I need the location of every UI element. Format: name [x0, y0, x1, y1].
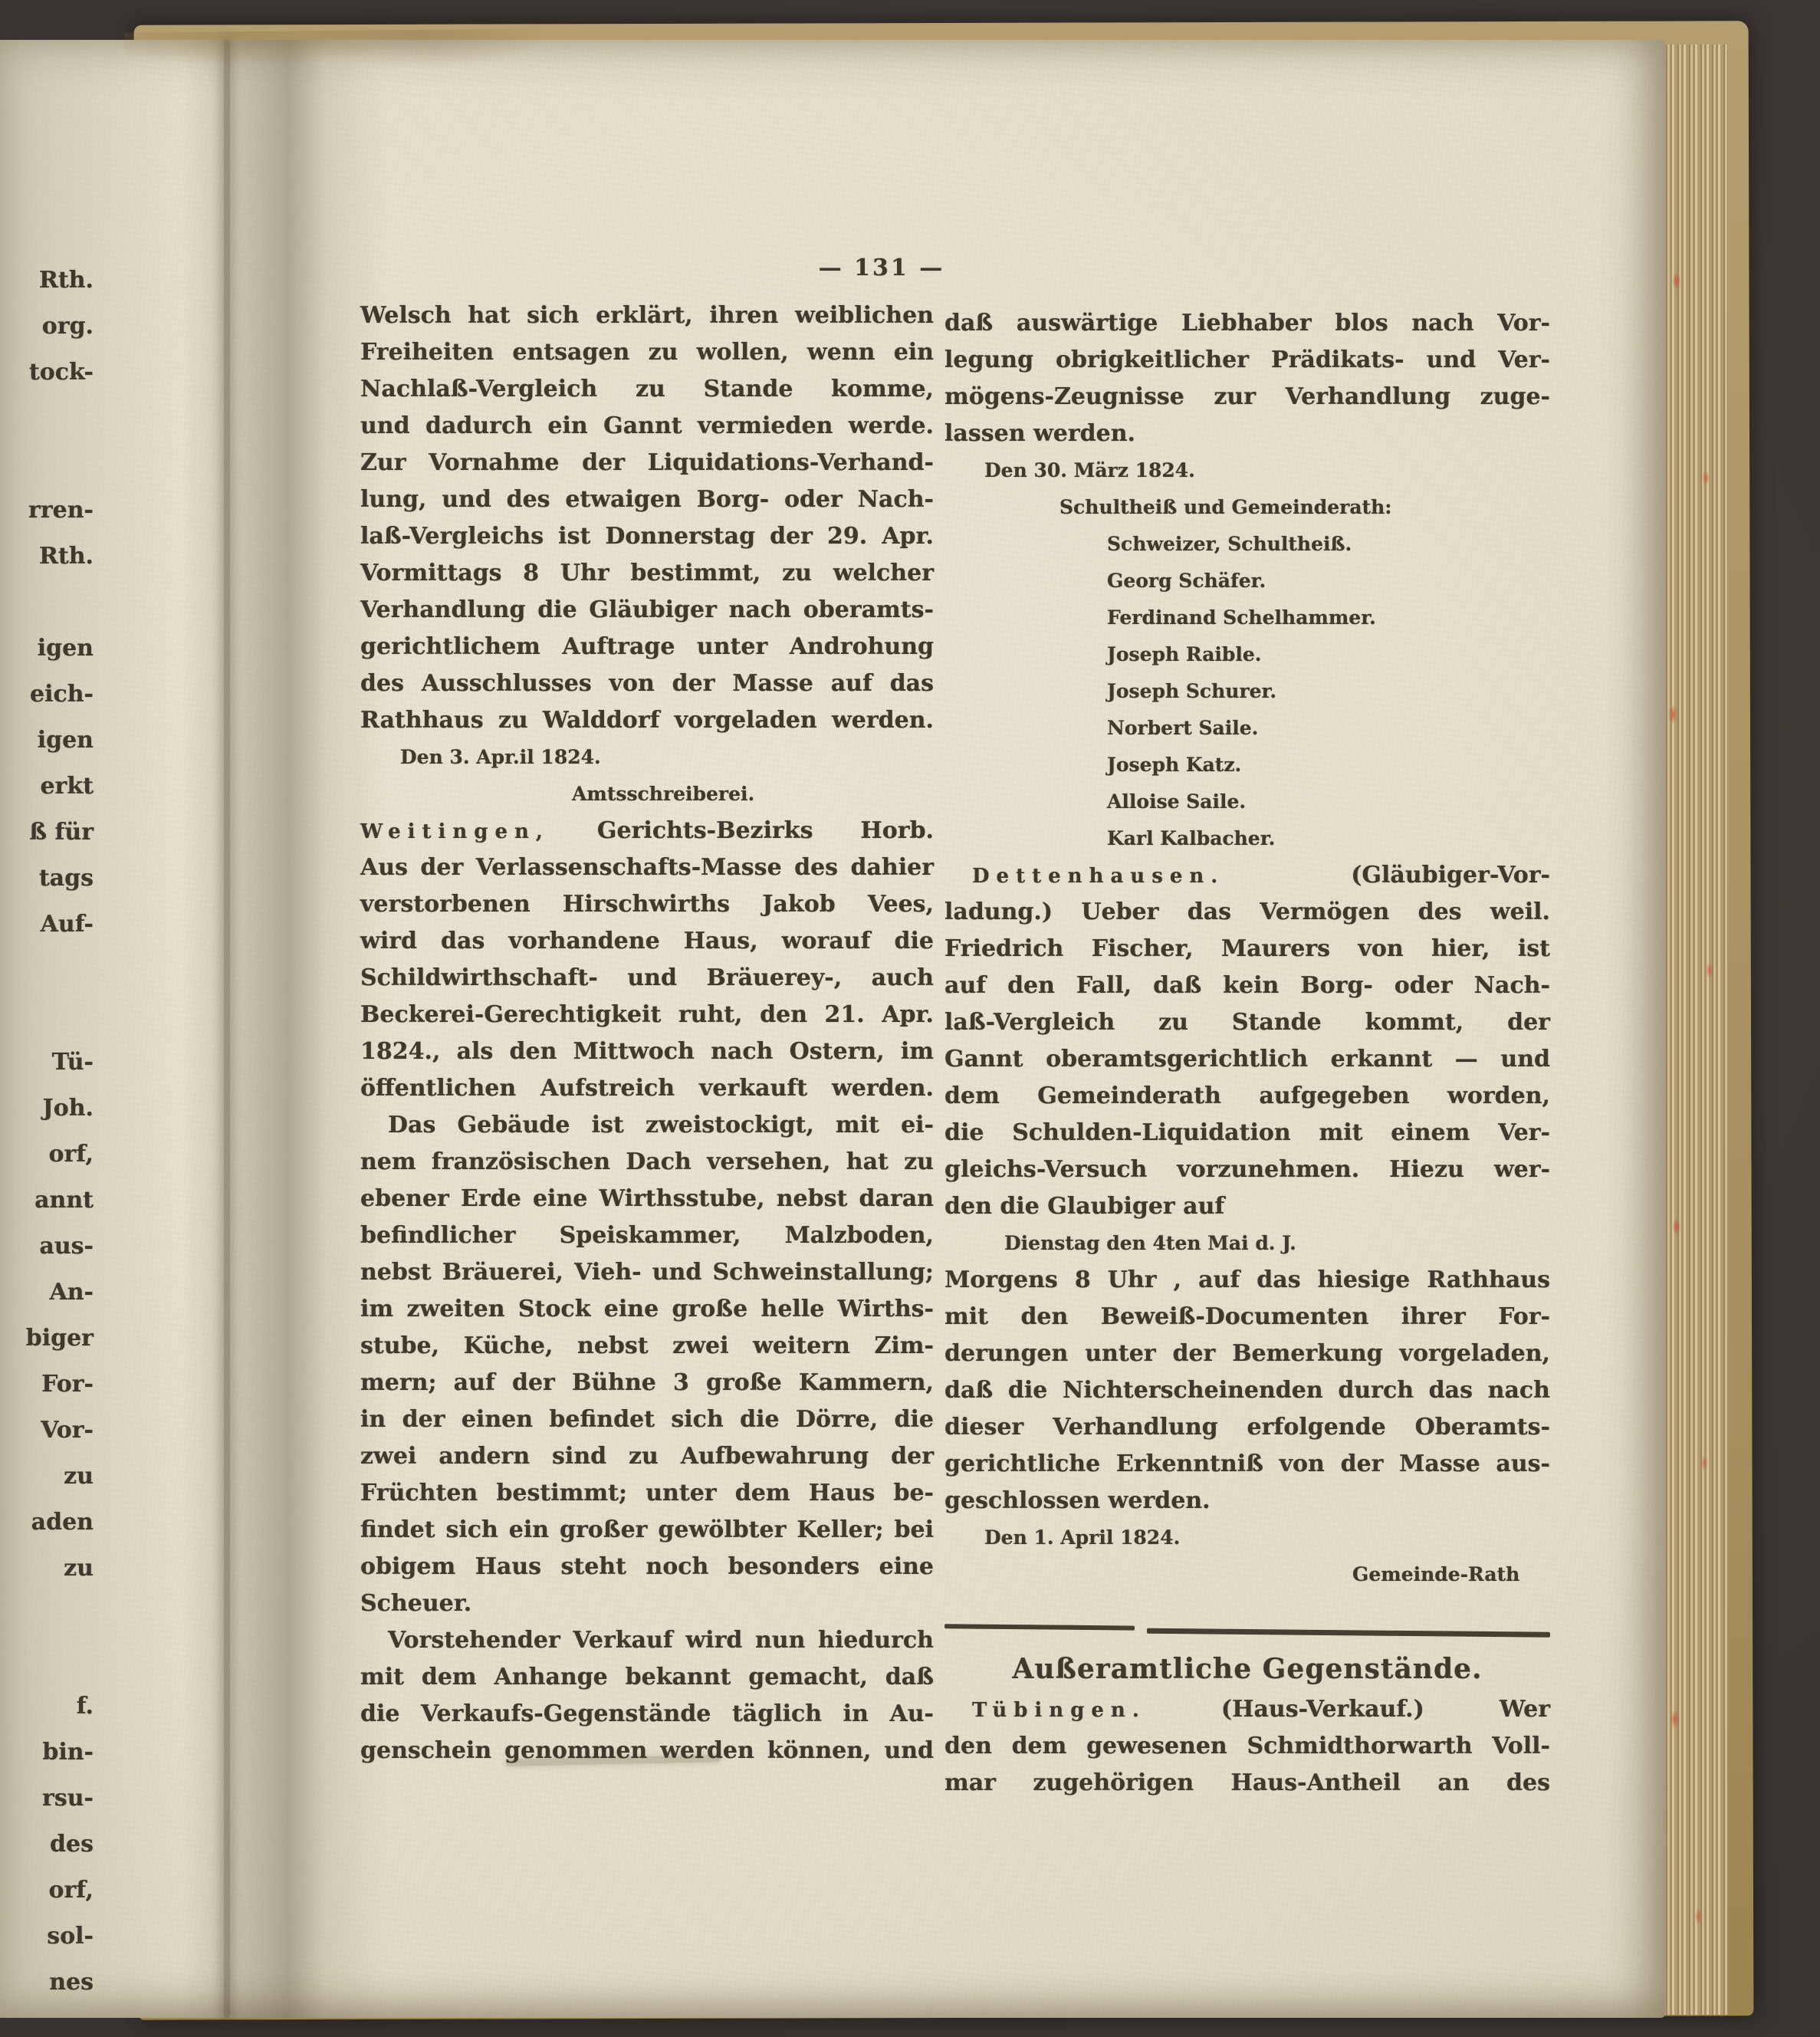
text-line: den dem gewesenen Schmidthorwarth Voll- [944, 1728, 1550, 1765]
text-line: mar zugehörigen Haus-Antheil an des [944, 1765, 1550, 1802]
text-line: Morgens 8 Uhr , auf das hiesige Rathhaus [944, 1262, 1550, 1299]
text-line: Karl Kalbacher. [1107, 820, 1550, 857]
text-line: Dienstag den 4ten Mai d. J. [1004, 1225, 1550, 1262]
section-divider-rule [944, 1624, 1550, 1638]
text-line: Joh. [0, 1086, 94, 1132]
text-line: zwei andern sind zu Aufbewahrung der [360, 1438, 934, 1475]
text-line: sol- [0, 1914, 94, 1960]
text-line: Dettenhausen. (Gläubiger-Vor- [944, 857, 1550, 894]
text-line: Tü- [0, 1040, 94, 1086]
text-line: die Verkaufs-Gegenstände täglich in Au- [360, 1696, 934, 1733]
text-line: ebener Erde eine Wirthsstube, nebst dara… [360, 1181, 934, 1217]
text-line: erkt [0, 764, 94, 810]
text-line: Amtsschreiberei. [572, 776, 934, 813]
text-line: mögens-Zeugnisse zur Verhandlung zuge- [944, 379, 1550, 416]
spaced-place-name: Weitingen, [360, 820, 550, 843]
text-line: laß-Vergleichs ist Donnerstag der 29. Ap… [360, 518, 934, 555]
text-line: Den 30. März 1824. [984, 452, 1550, 489]
text-line: zu [0, 1454, 94, 1500]
text-line: igen [0, 626, 94, 672]
text-line: des [0, 1822, 94, 1868]
text-line: Beckerei-Gerechtigkeit ruht, den 21. Apr… [360, 997, 934, 1033]
text-line: aden [0, 1500, 94, 1546]
text-line: Den 1. April 1824. [984, 1520, 1550, 1556]
text-line: Auf- [0, 902, 94, 948]
text-line: die Schulden-Liquidation mit einem Ver- [944, 1115, 1550, 1152]
text-line: Freiheiten entsagen zu wollen, wenn ein [360, 334, 934, 371]
text-line: dem Gemeinderath aufgegeben worden, [944, 1078, 1550, 1115]
text-line: Vormittags 8 Uhr bestimmt, zu welcher [360, 555, 934, 592]
text-line: An- [0, 1270, 94, 1316]
text-line: stube, Küche, nebst zwei weitern Zim- [360, 1328, 934, 1365]
text-line: Zur Vornahme der Liquidations-Verhand- [360, 445, 934, 481]
gutter-shadow [182, 40, 386, 2018]
text-line: Verhandlung die Gläubiger nach oberamts- [360, 592, 934, 629]
text-line: Joseph Raible. [1107, 636, 1550, 673]
text-line: Vorstehender Verkauf wird nun hiedurch [360, 1622, 934, 1659]
text-line: legung obrigkeitlicher Prädikats- und Ve… [944, 342, 1550, 379]
text-line: Vor- [0, 1408, 94, 1454]
text-line: den die Glaubiger auf [944, 1188, 1550, 1225]
text-line: des Ausschlusses von der Masse auf das [360, 665, 934, 702]
text-line: geschlossen werden. [944, 1483, 1550, 1520]
text-line: orf, [0, 1868, 94, 1914]
text-line: laß-Vergleich zu Stande kommt, der [944, 1004, 1550, 1041]
text-line: tags [0, 856, 94, 902]
spaced-place-name: Dettenhausen. [972, 865, 1224, 888]
text-line: tock- [0, 350, 94, 396]
text-line: Alloise Saile. [1107, 784, 1550, 820]
text-line: Joseph Katz. [1107, 747, 1550, 784]
text-line: gleichs-Versuch vorzunehmen. Hiezu wer- [944, 1152, 1550, 1188]
gutter-crease [224, 40, 230, 2018]
text-line: Das Gebäude ist zweistockigt, mit ei- [360, 1107, 934, 1144]
text-line: For- [0, 1362, 94, 1408]
text-line: wird das vorhandene Haus, worauf die [360, 923, 934, 960]
text-line: Rathhaus zu Walddorf vorgeladen werden. [360, 702, 934, 739]
text-line: Gannt oberamtsgerichtlich erkannt — und [944, 1041, 1550, 1078]
text-line: dieser Verhandlung erfolgende Oberamts- [944, 1409, 1550, 1446]
right-text-column: daß auswärtige Liebhaber blos nach Vor-l… [944, 305, 1550, 1802]
text-line: rsu- [0, 1776, 94, 1822]
text-line: Tübingen. (Haus-Verkauf.) Wer [944, 1691, 1550, 1728]
text-line: mit den Beweiß-Documenten ihrer For- [944, 1299, 1550, 1336]
text-line: Rth. [0, 258, 94, 304]
text-line: Schultheiß und Gemeinderath: [1059, 489, 1550, 526]
text-line: in der einen befindet sich die Dörre, di… [360, 1401, 934, 1438]
text-line: befindlicher Speiskammer, Malzboden, [360, 1217, 934, 1254]
text-line: mern; auf der Bühne 3 große Kammern, [360, 1365, 934, 1401]
text-line: annt [0, 1178, 94, 1224]
right-column-upper: daß auswärtige Liebhaber blos nach Vor-l… [944, 305, 1550, 1593]
text-line: lassen werden. [944, 416, 1550, 452]
text-line: gerichtlichem Auftrage unter Androhung [360, 629, 934, 665]
page-number: — 131 — [782, 255, 981, 281]
text-line: verstorbenen Hirschwirths Jakob Vees, [360, 886, 934, 923]
text-line: ladung.) Ueber das Vermögen des weil. [944, 894, 1550, 931]
text-line: Joseph Schurer. [1107, 673, 1550, 710]
text-line: Georg Schäfer. [1107, 563, 1550, 600]
text-line: Früchten bestimmt; unter dem Haus be- [360, 1475, 934, 1512]
divider-segment-left [944, 1624, 1135, 1630]
text-line: lung, und des etwaigen Borg- oder Nach- [360, 481, 934, 518]
text-line: Ferdinand Schelhammer. [1107, 600, 1550, 636]
text-line: Aus der Verlassenschafts-Masse des dahie… [360, 849, 934, 886]
text-line: Den 3. Apr.il 1824. [400, 739, 934, 776]
text-line: Welsch hat sich erklärt, ihren weibliche… [360, 297, 934, 334]
text-line: zu [0, 1546, 94, 1592]
text-line: auf den Fall, daß kein Borg- oder Nach- [944, 968, 1550, 1004]
spaced-place-name: Tübingen. [972, 1699, 1146, 1722]
text-line: Gemeinde-Rath [1352, 1556, 1550, 1593]
text-line: rren- [0, 488, 94, 534]
text-line: nes [0, 1960, 94, 2006]
text-line: öffentlichen Aufstreich verkauft werden. [360, 1070, 934, 1107]
text-line: findet sich ein großer gewölbter Keller;… [360, 1512, 934, 1549]
text-line: igen [0, 718, 94, 764]
text-line: daß auswärtige Liebhaber blos nach Vor- [944, 305, 1550, 342]
text-line: biger [0, 1316, 94, 1362]
text-line: orf, [0, 1132, 94, 1178]
text-line: Rth. [0, 534, 94, 580]
text-line: nebst Bräuerei, Vieh- und Schweinstallun… [360, 1254, 934, 1291]
text-line: nem französischen Dach versehen, hat zu [360, 1144, 934, 1181]
book-fore-edge [1654, 44, 1728, 2015]
text-line: genschein genommen werden können, und [360, 1733, 934, 1769]
text-line: derungen unter der Bemerkung vorgeladen, [944, 1336, 1550, 1372]
facing-page-text-fragments: Rth.org.tock-rren-Rth.igeneich-igenerktß… [0, 258, 94, 2006]
text-line: und dadurch ein Gannt vermieden werde. [360, 408, 934, 445]
text-line: im zweiten Stock eine große helle Wirths… [360, 1291, 934, 1328]
text-line: 1824., als den Mittwoch nach Ostern, im [360, 1033, 934, 1070]
text-line: org. [0, 304, 94, 350]
text-line: obigem Haus steht noch besonders eine [360, 1549, 934, 1585]
text-line: daß die Nichterscheinenden durch das nac… [944, 1372, 1550, 1409]
text-line: Schildwirthschaft- und Bräuerey-, auch [360, 960, 934, 997]
text-line: bin- [0, 1730, 94, 1776]
text-line: eich- [0, 672, 94, 718]
text-line: ß für [0, 810, 94, 856]
text-line: Nachlaß-Vergleich zu Stande komme, [360, 371, 934, 408]
text-line: Scheuer. [360, 1585, 934, 1622]
text-line: Schweizer, Schultheiß. [1107, 526, 1550, 563]
text-line: Norbert Saile. [1107, 710, 1550, 747]
text-line: Weitingen, Gerichts-Bezirks Horb. [360, 813, 934, 849]
section-heading: Außeramtliche Gegenstände. [944, 1647, 1550, 1691]
text-line: mit dem Anhange bekannt gemacht, daß [360, 1659, 934, 1696]
text-line: aus- [0, 1224, 94, 1270]
text-line: gerichtliche Erkenntniß von der Masse au… [944, 1446, 1550, 1483]
text-line: Friedrich Fischer, Maurers von hier, ist [944, 931, 1550, 968]
scanned-book-photo: — 131 — Rth.org.tock-rren-Rth.igeneich-i… [0, 0, 1820, 2037]
torn-top-edge [124, 28, 539, 82]
divider-segment-right [1147, 1628, 1550, 1638]
left-text-column: Welsch hat sich erklärt, ihren weibliche… [360, 297, 934, 1769]
text-line: f. [0, 1684, 94, 1730]
right-column-lower: Tübingen. (Haus-Verkauf.) Werden dem gew… [944, 1691, 1550, 1802]
